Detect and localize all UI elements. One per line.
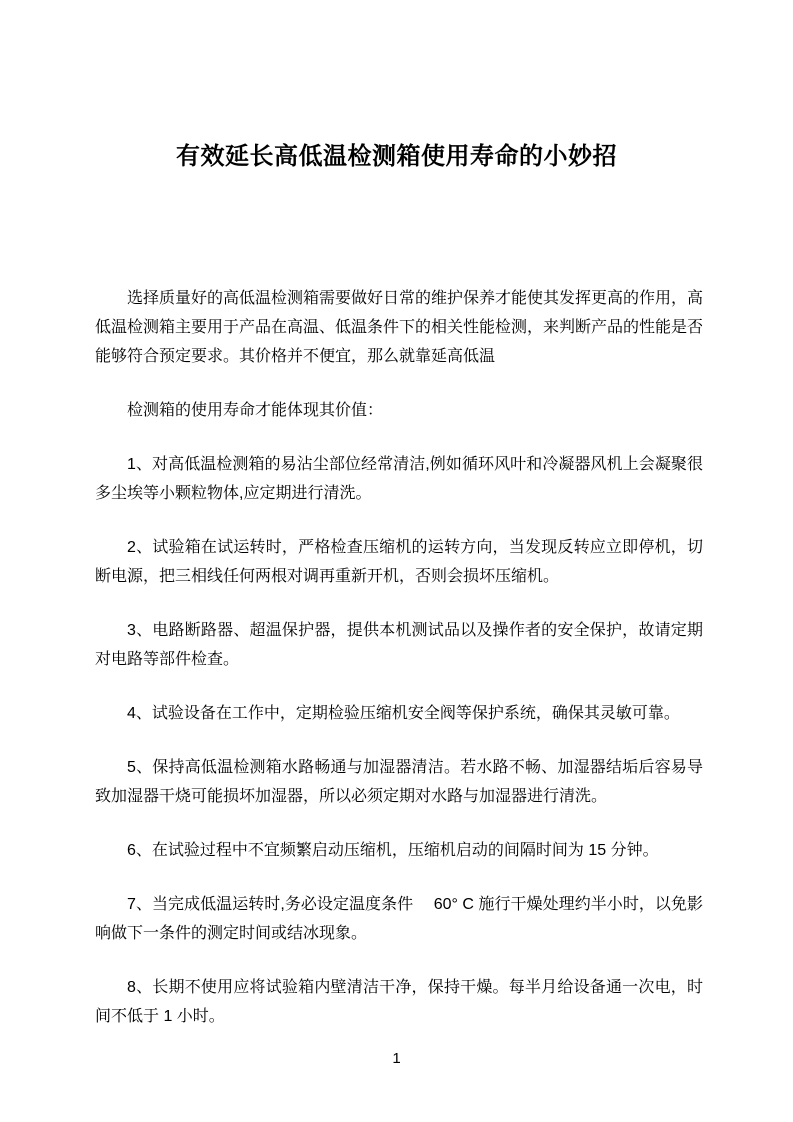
- intro-paragraph-continued: 检测箱的使用寿命才能体现其价值：: [95, 396, 703, 425]
- tip-item-2: 2、试验箱在试运转时，严格检查压缩机的运转方向，当发现反转应立即停机，切断电源，…: [95, 533, 703, 591]
- intro-paragraph: 选择质量好的高低温检测箱需要做好日常的维护保养才能使其发挥更高的作用，高低温检测…: [95, 284, 703, 371]
- tip-item-6: 6、在试验过程中不宜频繁启动压缩机，压缩机启动的间隔时间为 15 分钟。: [95, 836, 703, 865]
- tip-item-4: 4、试验设备在工作中，定期检验压缩机安全阀等保护系统，确保其灵敏可靠。: [95, 699, 703, 728]
- tip-item-1: 1、对高低温检测箱的易沾尘部位经常清洁,例如循环风叶和冷凝器风机上会凝聚很多尘埃…: [95, 450, 703, 508]
- tip-item-3: 3、电路断路器、超温保护器，提供本机测试品以及操作者的安全保护，故请定期对电路等…: [95, 616, 703, 674]
- page-number: 1: [0, 1050, 793, 1068]
- tip-item-7: 7、当完成低温运转时,务必设定温度条件 60° C 施行干燥处理约半小时，以免影…: [95, 890, 703, 948]
- document-title: 有效延长高低温检测箱使用寿命的小妙招: [60, 140, 733, 174]
- document-body: 选择质量好的高低温检测箱需要做好日常的维护保养才能使其发挥更高的作用，高低温检测…: [95, 284, 703, 1031]
- document-page: 有效延长高低温检测箱使用寿命的小妙招 选择质量好的高低温检测箱需要做好日常的维护…: [0, 0, 793, 1122]
- tip-item-8: 8、长期不使用应将试验箱内壁清洁干净，保持干燥。每半月给设备通一次电，时间不低于…: [95, 973, 703, 1031]
- tip-item-5: 5、保持高低温检测箱水路畅通与加湿器清洁。若水路不畅、加湿器结垢后容易导致加湿器…: [95, 753, 703, 811]
